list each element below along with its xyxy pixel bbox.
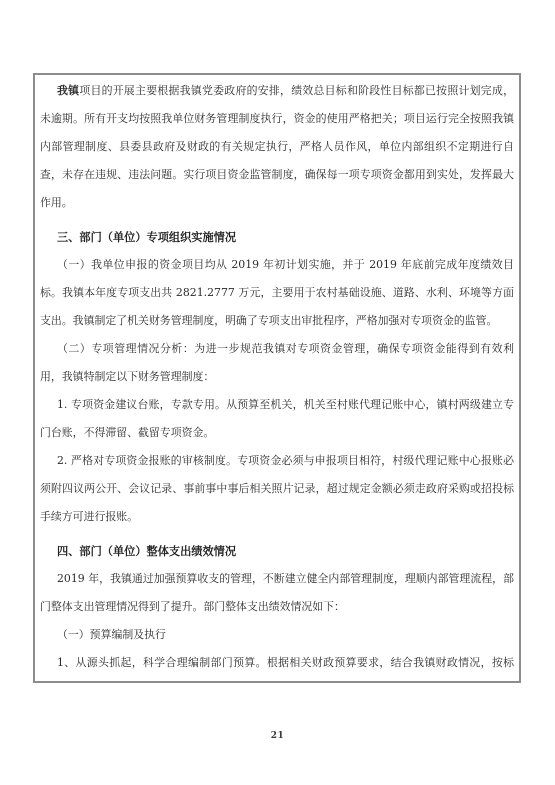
section-3-paragraph-2: （二）专项管理情况分析：为进一步规范我镇对专项资金管理，确保专项资金能得到有效利… [40, 335, 514, 391]
intro-paragraph-text: 项目的开展主要根据我镇党委政府的安排，绩效总目标和阶段性目标都已按照计划完成，未… [40, 84, 514, 209]
section-4-item-1: 1、从源头抓起，科学合理编制部门预算。根据相关财政预算要求，结合我镇财政情况，按… [40, 649, 514, 683]
page-number: 21 [0, 731, 555, 741]
section-3-heading: 三、部门（单位）专项组织实施情况 [40, 223, 514, 251]
intro-bold-lead: 我镇 [57, 84, 79, 97]
section-3-item-2: 2. 严格对专项资金报账的审核制度。专项资金必须与申报项目相符，村级代理记账中心… [40, 447, 514, 531]
section-3-item-1: 1. 专项资金建议台账，专款专用。从预算至机关，机关至村账代理记账中心，镇村两级… [40, 391, 514, 447]
section-4-paragraph-1: 2019 年，我镇通过加强预算收支的管理，不断建立健全内部管理制度，理顺内部管理… [40, 565, 514, 621]
intro-paragraph: 我镇项目的开展主要根据我镇党委政府的安排，绩效总目标和阶段性目标都已按照计划完成… [40, 77, 514, 217]
section-4-sub-heading-1: （一）预算编制及执行 [40, 621, 514, 649]
section-4-heading: 四、部门（单位）整体支出绩效情况 [40, 537, 514, 565]
report-content-border-box: 我镇项目的开展主要根据我镇党委政府的安排，绩效总目标和阶段性目标都已按照计划完成… [33, 73, 521, 683]
document-page: 我镇项目的开展主要根据我镇党委政府的安排，绩效总目标和阶段性目标都已按照计划完成… [0, 0, 555, 785]
section-3-paragraph-1: （一）我单位申报的资金项目均从 2019 年初计划实施，并于 2019 年底前完… [40, 251, 514, 335]
